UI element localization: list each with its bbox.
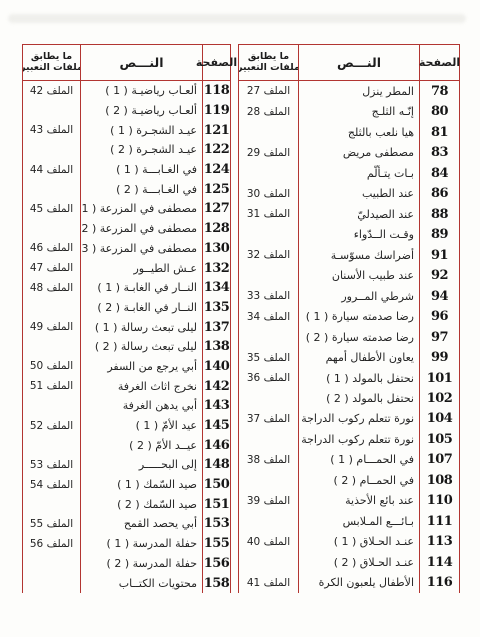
page-number: 155 <box>202 534 230 554</box>
entry-title: نحتفل بالمولد ( 1 ) <box>298 368 419 388</box>
toc-row: 145 عيد الأمّ ( 1 ) الملف 52 <box>23 416 230 436</box>
file-reference <box>23 298 80 318</box>
files-header-line1: ما يطابق <box>248 52 289 63</box>
file-reference <box>239 552 298 572</box>
page-number: 140 <box>202 357 230 377</box>
page-number: 137 <box>202 317 230 337</box>
toc-row: 125 في الغـابـــة ( 2 ) <box>23 179 230 199</box>
entry-title: ألعـاب رياضيـة ( 2 ) <box>80 101 202 121</box>
page-column-header: الصفحة <box>419 45 459 80</box>
file-reference: الملف 35 <box>239 347 298 367</box>
page-number: 80 <box>419 101 459 121</box>
toc-row: 122 عيـد الشجـرة ( 2 ) <box>23 140 230 160</box>
file-reference: الملف 48 <box>23 278 80 298</box>
entry-title: ألعـاب رياضيـة ( 1 ) <box>80 81 202 101</box>
toc-row: 107 في الحمـــام ( 1 ) الملف 38 <box>239 450 459 470</box>
toc-row: 127 مصطفى في المزرعة ( 1 ) الملف 45 <box>23 199 230 219</box>
toc-row: 151 صيد السّمك ( 2 ) <box>23 494 230 514</box>
entry-title: مصطفى في المزرعة ( 2 ) <box>80 219 202 239</box>
file-reference: الملف 53 <box>23 455 80 475</box>
text-column-header: النـــص <box>80 45 202 80</box>
table-body: 78 المطر ينزل الملف 27 80 إنّـه الثلـج ا… <box>239 81 459 593</box>
file-reference: الملف 56 <box>23 534 80 554</box>
entry-title: بـائـــع المـلابس <box>298 511 419 531</box>
toc-row: 89 وقـت الــدّواء <box>239 224 459 244</box>
file-reference <box>23 554 80 574</box>
page-number: 127 <box>202 199 230 219</box>
entry-title: نورة تتعلم ركوب الدراجة ( 2 ) <box>298 429 419 449</box>
files-column-header: ما يطابق ملفات التعبير <box>23 45 80 80</box>
toc-row: 104 نورة تتعلم ركوب الدراجة ( 1 ) الملف … <box>239 409 459 429</box>
toc-row: 153 أبي يحصد القمح الملف 55 <box>23 514 230 534</box>
toc-row: 150 صيد السّمك ( 1 ) الملف 54 <box>23 475 230 495</box>
file-reference <box>239 265 298 285</box>
page-number: 101 <box>419 368 459 388</box>
page-number: 130 <box>202 239 230 259</box>
toc-row: 83 مصطفى مريض الملف 29 <box>239 142 459 162</box>
toc-row: 86 عند الطبيب الملف 30 <box>239 183 459 203</box>
page-number: 135 <box>202 298 230 318</box>
file-reference: الملف 49 <box>23 317 80 337</box>
file-reference: الملف 40 <box>239 532 298 552</box>
files-header-line2: ملفات التعبير <box>239 63 298 74</box>
toc-row: 101 نحتفل بالمولد ( 1 ) الملف 36 <box>239 368 459 388</box>
page-number: 150 <box>202 475 230 495</box>
toc-row: 132 عـش الطيــور الملف 47 <box>23 258 230 278</box>
toc-row: 138 ليلى تبعث رسالة ( 2 ) <box>23 337 230 357</box>
file-reference: الملف 41 <box>239 573 298 593</box>
toc-row: 158 محتويات الكتــاب <box>23 573 230 593</box>
file-reference <box>23 101 80 121</box>
page-number: 153 <box>202 514 230 534</box>
page-number: 132 <box>202 258 230 278</box>
file-reference: الملف 38 <box>239 450 298 470</box>
table-header: الصفحة النـــص ما يطابق ملفات التعبير <box>23 45 230 81</box>
page-number: 92 <box>419 265 459 285</box>
entry-title: هيا نلعب بالثلج <box>298 122 419 142</box>
entry-title: النــار في الغابـة ( 2 ) <box>80 298 202 318</box>
file-reference <box>239 224 298 244</box>
toc-row: 114 عنـد الحـلاق ( 2 ) <box>239 552 459 572</box>
toc-row: 128 مصطفى في المزرعة ( 2 ) <box>23 219 230 239</box>
page-number: 143 <box>202 396 230 416</box>
entry-title: في الغـابـــة ( 1 ) <box>80 160 202 180</box>
entry-title: أبي يحصد القمح <box>80 514 202 534</box>
page-number: 84 <box>419 163 459 183</box>
toc-row: 92 عند طبيب الأسنان <box>239 265 459 285</box>
file-reference <box>239 470 298 490</box>
toc-row: 94 شرطي المــرور الملف 33 <box>239 286 459 306</box>
scan-artifact-band <box>8 14 466 23</box>
page-number: 124 <box>202 160 230 180</box>
page-number: 99 <box>419 347 459 367</box>
toc-row: 96 رضا صدمته سيارة ( 1 ) الملف 34 <box>239 306 459 326</box>
entry-title: نحتفل بالمولد ( 2 ) <box>298 388 419 408</box>
file-reference: الملف 27 <box>239 81 298 101</box>
toc-row: 143 أبي يدهن الغرفة <box>23 396 230 416</box>
toc-row: 118 ألعـاب رياضيـة ( 1 ) الملف 42 <box>23 81 230 101</box>
file-reference <box>23 573 80 593</box>
page-number: 91 <box>419 245 459 265</box>
entry-title: إنّـه الثلـج <box>298 101 419 121</box>
file-reference: الملف 47 <box>23 258 80 278</box>
entry-title: أضراسك مسوّسـة <box>298 245 419 265</box>
file-reference <box>23 435 80 455</box>
toc-row: 148 إلى البحـــــر الملف 53 <box>23 455 230 475</box>
page-number: 151 <box>202 494 230 514</box>
toc-row: 142 نخرج اثاث الغرفة الملف 51 <box>23 376 230 396</box>
table-header: الصفحة النـــص ما يطابق ملفات التعبير <box>239 45 459 81</box>
entry-title: شرطي المــرور <box>298 286 419 306</box>
toc-row: 108 في الحمــام ( 2 ) <box>239 470 459 490</box>
page-number: 88 <box>419 204 459 224</box>
entry-title: حفلة المدرسة ( 2 ) <box>80 554 202 574</box>
page-number: 89 <box>419 224 459 244</box>
file-reference: الملف 42 <box>23 81 80 101</box>
contents-table-left: الصفحة النـــص ما يطابق ملفات التعبير 11… <box>22 44 231 593</box>
entry-title: الأطفال يلعبون الكرة <box>298 573 419 593</box>
entry-title: عيـد الشجـرة ( 2 ) <box>80 140 202 160</box>
page-column-header: الصفحة <box>202 45 230 80</box>
page-number: 158 <box>202 573 230 593</box>
page-number: 116 <box>419 573 459 593</box>
entry-title: رضا صدمته سيارة ( 2 ) <box>298 327 419 347</box>
page-number: 145 <box>202 416 230 436</box>
entry-title: أبي يدهن الغرفة <box>80 396 202 416</box>
page-number: 146 <box>202 435 230 455</box>
toc-row: 134 النــار في الغابـة ( 1 ) الملف 48 <box>23 278 230 298</box>
file-reference: الملف 37 <box>239 409 298 429</box>
file-reference: الملف 51 <box>23 376 80 396</box>
entry-title: عند الطبيب <box>298 183 419 203</box>
entry-title: رضا صدمته سيارة ( 1 ) <box>298 306 419 326</box>
entry-title: بـات يتـألّم <box>298 163 419 183</box>
toc-row: 88 عند الصيدليّ الملف 31 <box>239 204 459 224</box>
toc-row: 116 الأطفال يلعبون الكرة الملف 41 <box>239 573 459 593</box>
file-reference: الملف 46 <box>23 239 80 259</box>
file-reference <box>239 388 298 408</box>
file-reference <box>239 429 298 449</box>
toc-row: 111 بـائـــع المـلابس <box>239 511 459 531</box>
page-number: 102 <box>419 388 459 408</box>
page-number: 78 <box>419 81 459 101</box>
toc-row: 140 أبي يرجع من السفر الملف 50 <box>23 357 230 377</box>
entry-title: عنـد الحـلاق ( 2 ) <box>298 552 419 572</box>
toc-row: 146 عيــد الأمّ ( 2 ) <box>23 435 230 455</box>
toc-row: 99 يعاون الأطفال أمهم الملف 35 <box>239 347 459 367</box>
toc-row: 121 عيـد الشجـرة ( 1 ) الملف 43 <box>23 120 230 140</box>
page-number: 114 <box>419 552 459 572</box>
page-number: 111 <box>419 511 459 531</box>
page-number: 156 <box>202 554 230 574</box>
entry-title: عـش الطيــور <box>80 258 202 278</box>
entry-title: في الحمـــام ( 1 ) <box>298 450 419 470</box>
toc-row: 113 عنـد الحـلاق ( 1 ) الملف 40 <box>239 532 459 552</box>
file-reference: الملف 50 <box>23 357 80 377</box>
entry-title: مصطفى مريض <box>298 142 419 162</box>
entry-title: عنـد الحـلاق ( 1 ) <box>298 532 419 552</box>
table-body: 118 ألعـاب رياضيـة ( 1 ) الملف 42 119 أل… <box>23 81 230 593</box>
file-reference: الملف 29 <box>239 142 298 162</box>
page-number: 97 <box>419 327 459 347</box>
toc-row: 110 عند بائع الأحذية الملف 39 <box>239 491 459 511</box>
file-reference: الملف 52 <box>23 416 80 436</box>
file-reference <box>239 511 298 531</box>
toc-row: 156 حفلة المدرسة ( 2 ) <box>23 554 230 574</box>
file-reference: الملف 34 <box>239 306 298 326</box>
toc-row: 78 المطر ينزل الملف 27 <box>239 81 459 101</box>
toc-row: 84 بـات يتـألّم <box>239 163 459 183</box>
file-reference: الملف 54 <box>23 475 80 495</box>
page-number: 125 <box>202 179 230 199</box>
entry-title: في الغـابـــة ( 2 ) <box>80 179 202 199</box>
toc-row: 124 في الغـابـــة ( 1 ) الملف 44 <box>23 160 230 180</box>
page-number: 134 <box>202 278 230 298</box>
toc-row: 135 النــار في الغابـة ( 2 ) <box>23 298 230 318</box>
page-number: 128 <box>202 219 230 239</box>
entry-title: في الحمــام ( 2 ) <box>298 470 419 490</box>
entry-title: مصطفى في المزرعة ( 3 ) <box>80 239 202 259</box>
page-number: 81 <box>419 122 459 142</box>
file-reference <box>239 163 298 183</box>
files-header-line1: ما يطابق <box>31 52 72 63</box>
page-number: 104 <box>419 409 459 429</box>
file-reference <box>23 179 80 199</box>
page-number: 118 <box>202 81 230 101</box>
text-column-header: النـــص <box>298 45 419 80</box>
toc-row: 119 ألعـاب رياضيـة ( 2 ) <box>23 101 230 121</box>
file-reference: الملف 55 <box>23 514 80 534</box>
page-number: 94 <box>419 286 459 306</box>
page-number: 110 <box>419 491 459 511</box>
file-reference: الملف 32 <box>239 245 298 265</box>
entry-title: مصطفى في المزرعة ( 1 ) <box>80 199 202 219</box>
entry-title: عيد الأمّ ( 1 ) <box>80 416 202 436</box>
entry-title: المطر ينزل <box>298 81 419 101</box>
entry-title: عيـد الشجـرة ( 1 ) <box>80 120 202 140</box>
page-number: 108 <box>419 470 459 490</box>
page-number: 121 <box>202 120 230 140</box>
file-reference: الملف 31 <box>239 204 298 224</box>
entry-title: ليلى تبعث رسالة ( 2 ) <box>80 337 202 357</box>
entry-title: ليلى تبعث رسالة ( 1 ) <box>80 317 202 337</box>
page-number: 113 <box>419 532 459 552</box>
entry-title: عند بائع الأحذية <box>298 491 419 511</box>
entry-title: محتويات الكتــاب <box>80 573 202 593</box>
page-number: 148 <box>202 455 230 475</box>
entry-title: وقـت الــدّواء <box>298 224 419 244</box>
page-number: 86 <box>419 183 459 203</box>
file-reference: الملف 30 <box>239 183 298 203</box>
toc-row: 91 أضراسك مسوّسـة الملف 32 <box>239 245 459 265</box>
file-reference: الملف 44 <box>23 160 80 180</box>
entry-title: النــار في الغابـة ( 1 ) <box>80 278 202 298</box>
page-number: 96 <box>419 306 459 326</box>
entry-title: عند الصيدليّ <box>298 204 419 224</box>
file-reference <box>239 122 298 142</box>
file-reference: الملف 33 <box>239 286 298 306</box>
toc-row: 102 نحتفل بالمولد ( 2 ) <box>239 388 459 408</box>
file-reference <box>23 337 80 357</box>
toc-row: 80 إنّـه الثلـج الملف 28 <box>239 101 459 121</box>
file-reference <box>23 494 80 514</box>
page-number: 142 <box>202 376 230 396</box>
toc-row: 97 رضا صدمته سيارة ( 2 ) <box>239 327 459 347</box>
file-reference: الملف 39 <box>239 491 298 511</box>
entry-title: صيد السّمك ( 2 ) <box>80 494 202 514</box>
entry-title: نورة تتعلم ركوب الدراجة ( 1 ) <box>298 409 419 429</box>
file-reference <box>23 219 80 239</box>
toc-row: 137 ليلى تبعث رسالة ( 1 ) الملف 49 <box>23 317 230 337</box>
file-reference: الملف 28 <box>239 101 298 121</box>
page-number: 122 <box>202 140 230 160</box>
entry-title: عيــد الأمّ ( 2 ) <box>80 435 202 455</box>
files-header-line2: ملفات التعبير <box>23 63 80 74</box>
page-number: 83 <box>419 142 459 162</box>
entry-title: نخرج اثاث الغرفة <box>80 376 202 396</box>
toc-row: 105 نورة تتعلم ركوب الدراجة ( 2 ) <box>239 429 459 449</box>
entry-title: يعاون الأطفال أمهم <box>298 347 419 367</box>
file-reference <box>23 396 80 416</box>
page-number: 119 <box>202 101 230 121</box>
toc-row: 155 حفلة المدرسة ( 1 ) الملف 56 <box>23 534 230 554</box>
page-number: 138 <box>202 337 230 357</box>
contents-table-right: الصفحة النـــص ما يطابق ملفات التعبير 78… <box>238 44 460 593</box>
entry-title: أبي يرجع من السفر <box>80 357 202 377</box>
entry-title: حفلة المدرسة ( 1 ) <box>80 534 202 554</box>
entry-title: عند طبيب الأسنان <box>298 265 419 285</box>
page-number: 105 <box>419 429 459 449</box>
entry-title: إلى البحـــــر <box>80 455 202 475</box>
toc-row: 130 مصطفى في المزرعة ( 3 ) الملف 46 <box>23 239 230 259</box>
file-reference <box>239 327 298 347</box>
file-reference: الملف 36 <box>239 368 298 388</box>
file-reference <box>23 140 80 160</box>
file-reference: الملف 45 <box>23 199 80 219</box>
entry-title: صيد السّمك ( 1 ) <box>80 475 202 495</box>
file-reference: الملف 43 <box>23 120 80 140</box>
toc-row: 81 هيا نلعب بالثلج <box>239 122 459 142</box>
files-column-header: ما يطابق ملفات التعبير <box>239 45 298 80</box>
page-number: 107 <box>419 450 459 470</box>
